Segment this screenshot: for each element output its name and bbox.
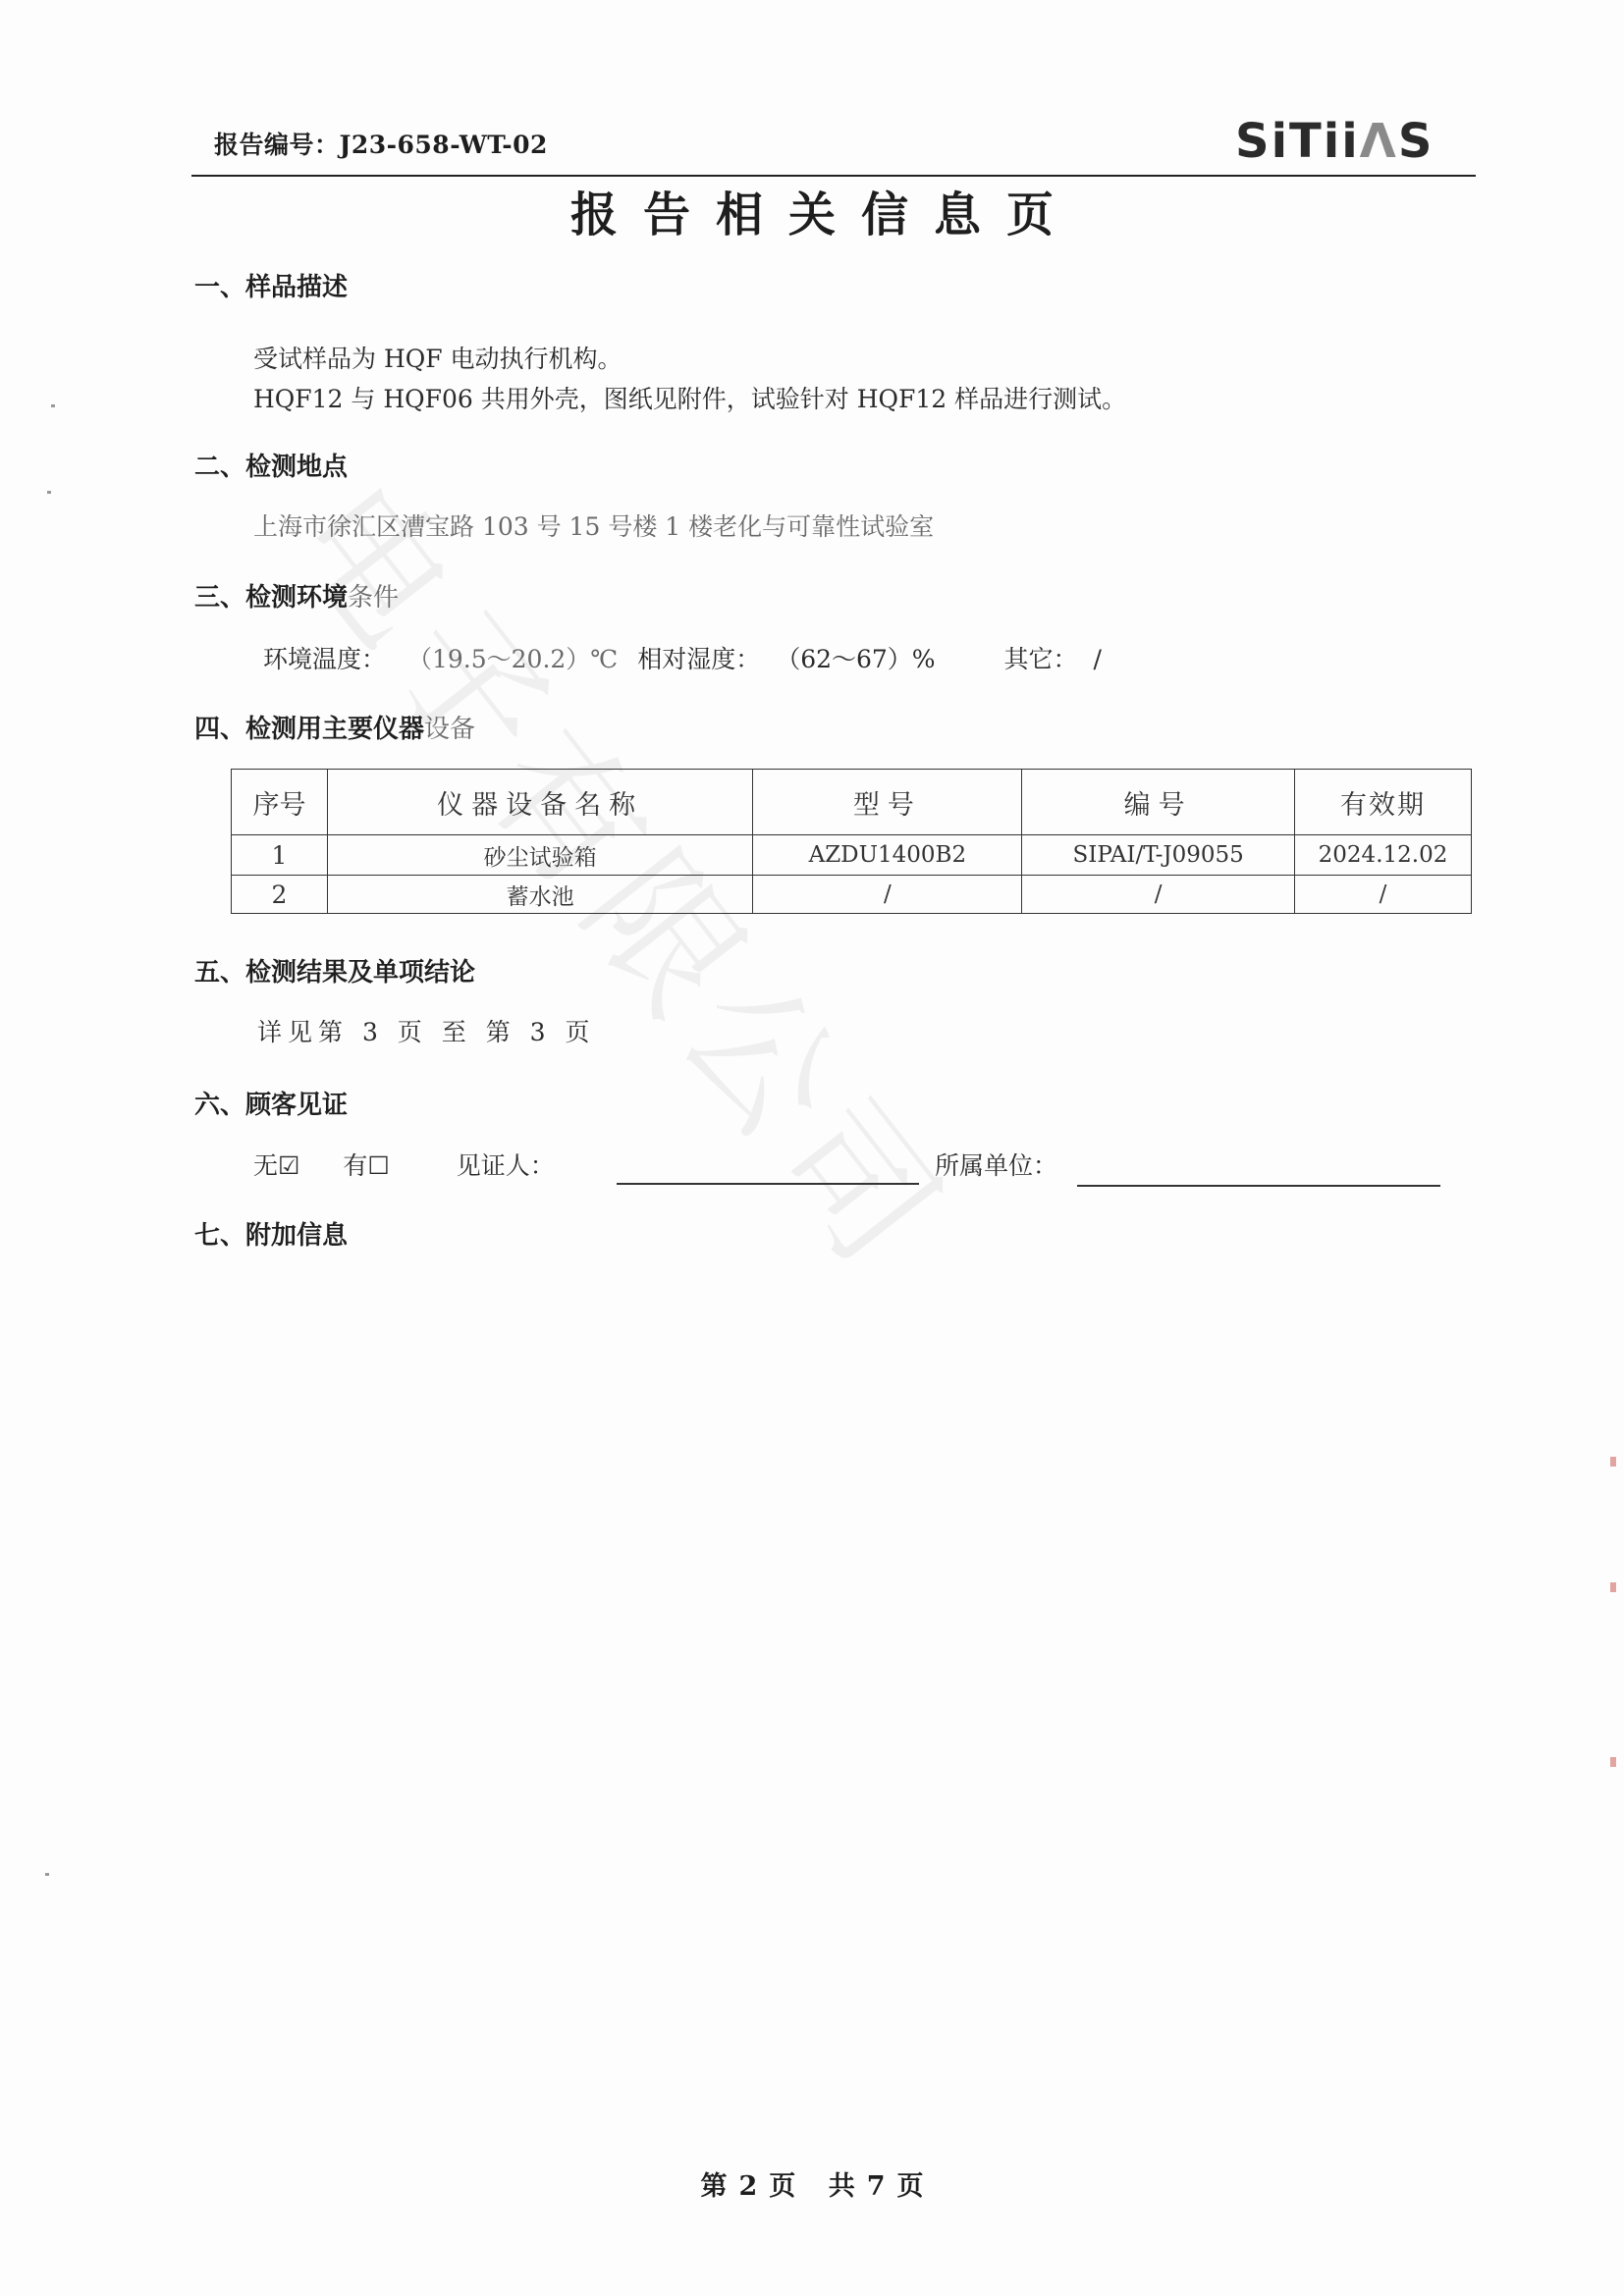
- cell-id: /: [1022, 876, 1295, 914]
- col-header-seq: 序号: [232, 770, 328, 835]
- section-6-heading: 六、顾客见证: [194, 1085, 348, 1121]
- empty-box-icon: ☐: [367, 1151, 389, 1180]
- section-4-heading: 四、检测用主要仪器设备: [194, 709, 475, 745]
- sample-desc-line-1: 受试样品为 HQF 电动执行机构。: [253, 340, 623, 375]
- witness-person-label: 见证人：: [457, 1151, 555, 1180]
- table-row: 1 砂尘试验箱 AZDU1400B2 SIPAI/T-J09055 2024.1…: [232, 835, 1472, 876]
- table-row: 2 蓄水池 / / /: [232, 876, 1472, 914]
- col-header-id: 编号: [1022, 770, 1295, 835]
- yes-witness-option[interactable]: 有☐: [343, 1151, 389, 1180]
- page-number: 2: [739, 2171, 758, 2202]
- yes-witness-label: 有: [343, 1151, 367, 1180]
- logo-text: SiTii: [1235, 114, 1360, 169]
- table-header-row: 序号 仪器设备名称 型号 编号 有效期: [232, 770, 1472, 835]
- stamp-edge-mark: [1610, 1457, 1616, 1467]
- cell-name: 蓄水池: [327, 876, 753, 914]
- page-footer: 第2页 共7页: [0, 2164, 1624, 2203]
- report-number: 报告编号：J23-658-WT-02: [214, 126, 548, 161]
- page-title: 报告相关信息页: [0, 177, 1624, 244]
- equipment-table: 序号 仪器设备名称 型号 编号 有效期 1 砂尘试验箱 AZDU1400B2 S…: [231, 769, 1472, 914]
- results-reference: 详见第 3 页 至 第 3 页: [257, 1013, 596, 1048]
- cell-model: /: [753, 876, 1022, 914]
- section-5-heading: 五、检测结果及单项结论: [194, 952, 475, 988]
- temperature-value: （19.5～20.2）℃: [407, 645, 618, 673]
- humidity-label: 相对湿度：: [637, 645, 760, 673]
- cell-seq: 2: [232, 876, 328, 914]
- section-4-heading-faint: 设备: [424, 715, 475, 744]
- environment-conditions: 环境温度： （19.5～20.2）℃ 相对湿度： （62～67）% 其它： /: [263, 640, 1102, 675]
- section-3-heading-main: 三、检测环境: [194, 583, 348, 613]
- no-witness-option[interactable]: 无☑: [253, 1151, 299, 1180]
- cell-valid-until: 2024.12.02: [1295, 835, 1472, 876]
- page-unit: 页: [769, 2171, 795, 2202]
- scan-artifact: [51, 404, 55, 407]
- witness-person-field[interactable]: [617, 1183, 919, 1185]
- section-1-heading: 一、样品描述: [194, 267, 348, 303]
- section-7-heading: 七、附加信息: [194, 1215, 348, 1252]
- sample-desc-line-2: HQF12 与 HQF06 共用外壳，图纸见附件，试验针对 HQF12 样品进行…: [253, 380, 1126, 415]
- checked-box-icon: ☑: [278, 1151, 299, 1180]
- witness-unit-label: 所属单位：: [935, 1147, 1057, 1182]
- report-number-value: J23-658-WT-02: [340, 131, 548, 159]
- page-prefix: 第: [701, 2171, 728, 2202]
- section-3-heading-faint: 条件: [348, 583, 399, 613]
- total-unit: 页: [897, 2171, 924, 2202]
- logo-text-tail: S: [1398, 114, 1435, 169]
- section-4-heading-main: 四、检测用主要仪器: [194, 715, 424, 744]
- witness-unit-field[interactable]: [1077, 1185, 1440, 1187]
- scan-artifact: [47, 491, 51, 494]
- other-label: 其它：: [1004, 645, 1078, 673]
- col-header-name: 仪器设备名称: [327, 770, 753, 835]
- section-3-heading: 三、检测环境条件: [194, 577, 399, 614]
- cell-seq: 1: [232, 835, 328, 876]
- document-page: 电子有限公司 报告编号：J23-658-WT-02 SiTiiΛS 报告相关信息…: [0, 0, 1624, 2296]
- humidity-value: （62～67）%: [776, 645, 935, 673]
- stamp-edge-mark: [1610, 1757, 1616, 1767]
- stamp-edge-mark: [1610, 1582, 1616, 1592]
- no-witness-label: 无: [253, 1151, 278, 1180]
- company-logo: SiTiiΛS: [1235, 110, 1434, 169]
- temperature-label: 环境温度：: [263, 645, 386, 673]
- report-number-label: 报告编号：: [214, 131, 340, 159]
- col-header-model: 型号: [753, 770, 1022, 835]
- logo-accent-glyph: Λ: [1360, 114, 1398, 169]
- col-header-valid-until: 有效期: [1295, 770, 1472, 835]
- total-pages: 7: [867, 2171, 886, 2202]
- cell-id: SIPAI/T-J09055: [1022, 835, 1295, 876]
- section-2-heading: 二、检测地点: [194, 447, 348, 483]
- cell-model: AZDU1400B2: [753, 835, 1022, 876]
- cell-name: 砂尘试验箱: [327, 835, 753, 876]
- witness-row: 无☑ 有☐ 见证人：: [253, 1147, 555, 1182]
- total-prefix: 共: [829, 2171, 855, 2202]
- other-value: /: [1094, 645, 1102, 673]
- test-location-address: 上海市徐汇区漕宝路 103 号 15 号楼 1 楼老化与可靠性试验室: [253, 507, 934, 543]
- scan-artifact: [45, 1873, 49, 1876]
- cell-valid-until: /: [1295, 876, 1472, 914]
